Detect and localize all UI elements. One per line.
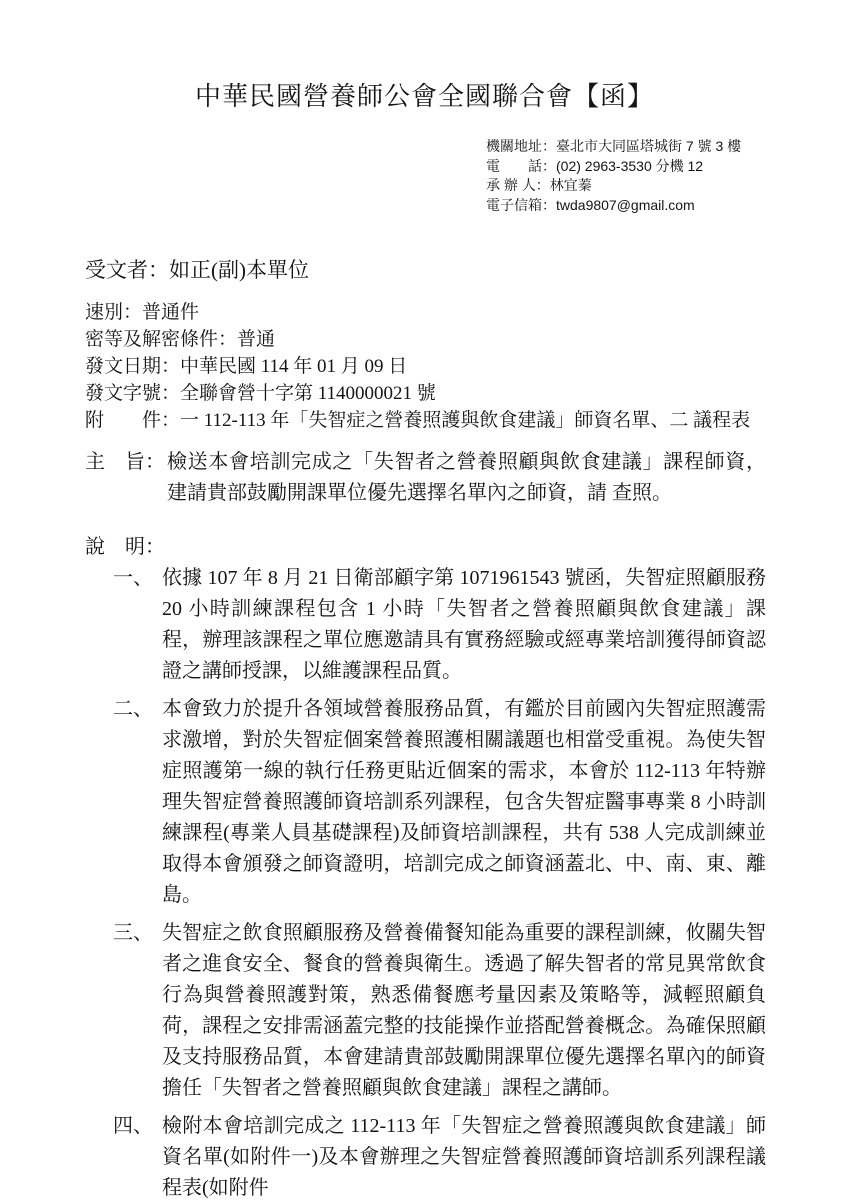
explanation-item-1: 一、 依據 107 年 8 月 21 日衛部顧字第 1071961543 號函，…: [85, 563, 766, 687]
subject-label: 主 旨：: [85, 447, 167, 509]
explanation-item-2: 二、 本會致力於提升各領域營養服務品質，有鑑於目前國內失智症照護需求激增，對於失…: [85, 694, 766, 911]
contact-phone-label: 電 話：: [486, 158, 556, 174]
contact-row-address: 機關地址：臺北市大同區塔城街 7 號 3 樓: [486, 137, 741, 157]
item-1-text: 依據 107 年 8 月 21 日衛部顧字第 1071961543 號函，失智症…: [162, 563, 766, 687]
meta-row-speed: 速別：普通件: [85, 299, 750, 326]
meta-doc-number-label: 發文字號：: [85, 383, 180, 404]
issuer-contact-block: 機關地址：臺北市大同區塔城街 7 號 3 樓 電 話：(02) 2963-353…: [486, 137, 741, 215]
meta-row-security: 密等及解密條件：普通: [85, 326, 750, 353]
meta-doc-number-value: 全聯會營十字第 1140000021 號: [180, 383, 436, 404]
subject-text: 檢送本會培訓完成之「失智者之營養照顧與飲食建議」課程師資，建請貴部鼓勵開課單位優…: [167, 447, 766, 509]
meta-block: 速別：普通件 密等及解密條件：普通 發文日期：中華民國 114 年 01 月 0…: [85, 299, 750, 434]
meta-speed-label: 速別：: [85, 302, 142, 323]
contact-row-email: 電子信箱：twda9807@gmail.com: [486, 196, 741, 216]
explanation-item-4: 四、 檢附本會培訓完成之 112-113 年「失智症之營養照護與飲食建議」師資名…: [85, 1111, 766, 1200]
item-4-number: 四、: [113, 1111, 162, 1200]
meta-row-attachment: 附 件：一 112-113 年「失智症之營養照護與飲食建議」師資名單、二 議程表: [85, 407, 750, 434]
recipient-value: 如正(副)本單位: [169, 258, 309, 282]
recipient-label: 受文者：: [85, 258, 169, 282]
meta-issue-date-value: 中華民國 114 年 01 月 09 日: [180, 356, 407, 377]
item-3-text: 失智症之飲食照顧服務及營養備餐知能為重要的課程訓練，攸關失智者之進食安全、餐食的…: [162, 918, 766, 1104]
item-2-text: 本會致力於提升各領域營養服務品質，有鑑於目前國內失智症照護需求激增，對於失智症個…: [162, 694, 766, 911]
contact-email-value: twda9807@gmail.com: [556, 197, 695, 213]
item-2-number: 二、: [113, 694, 162, 911]
meta-row-issue-date: 發文日期：中華民國 114 年 01 月 09 日: [85, 353, 750, 380]
contact-phone-value: (02) 2963-3530 分機 12: [556, 158, 703, 174]
item-4-text: 檢附本會培訓完成之 112-113 年「失智症之營養照護與飲食建議」師資名單(如…: [162, 1111, 766, 1200]
meta-security-label: 密等及解密條件：: [85, 329, 237, 350]
recipient-line: 受文者：如正(副)本單位: [85, 254, 309, 284]
explanation-item-3: 三、 失智症之飲食照顧服務及營養備餐知能為重要的課程訓練，攸關失智者之進食安全、…: [85, 918, 766, 1104]
contact-email-label: 電子信箱：: [486, 197, 556, 213]
document-title: 中華民國營養師公會全國聯合會【函】: [0, 76, 849, 113]
contact-address-label: 機關地址：: [486, 138, 556, 154]
meta-speed-value: 普通件: [142, 302, 199, 323]
subject-section: 主 旨： 檢送本會培訓完成之「失智者之營養照顧與飲食建議」課程師資，建請貴部鼓勵…: [85, 447, 766, 509]
meta-attachment-value: 一 112-113 年「失智症之營養照護與飲食建議」師資名單、二 議程表: [180, 410, 750, 431]
contact-address-value: 臺北市大同區塔城街 7 號 3 樓: [556, 138, 741, 154]
meta-attachment-label: 附 件：: [85, 410, 180, 431]
contact-person-label: 承 辦 人：: [486, 177, 550, 193]
contact-row-person: 承 辦 人：林宜蓁: [486, 176, 741, 196]
meta-security-value: 普通: [237, 329, 275, 350]
item-1-number: 一、: [113, 563, 162, 687]
meta-row-doc-number: 發文字號：全聯會營十字第 1140000021 號: [85, 380, 750, 407]
document-page: 中華民國營養師公會全國聯合會【函】 機關地址：臺北市大同區塔城街 7 號 3 樓…: [0, 0, 849, 1200]
explanation-items: 一、 依據 107 年 8 月 21 日衛部顧字第 1071961543 號函，…: [85, 563, 766, 1200]
explanation-label: 說 明：: [85, 532, 766, 563]
contact-row-phone: 電 話：(02) 2963-3530 分機 12: [486, 157, 741, 177]
document-body: 主 旨： 檢送本會培訓完成之「失智者之營養照顧與飲食建議」課程師資，建請貴部鼓勵…: [85, 447, 766, 1200]
item-3-number: 三、: [113, 918, 162, 1104]
contact-person-value: 林宜蓁: [550, 177, 592, 193]
meta-issue-date-label: 發文日期：: [85, 356, 180, 377]
